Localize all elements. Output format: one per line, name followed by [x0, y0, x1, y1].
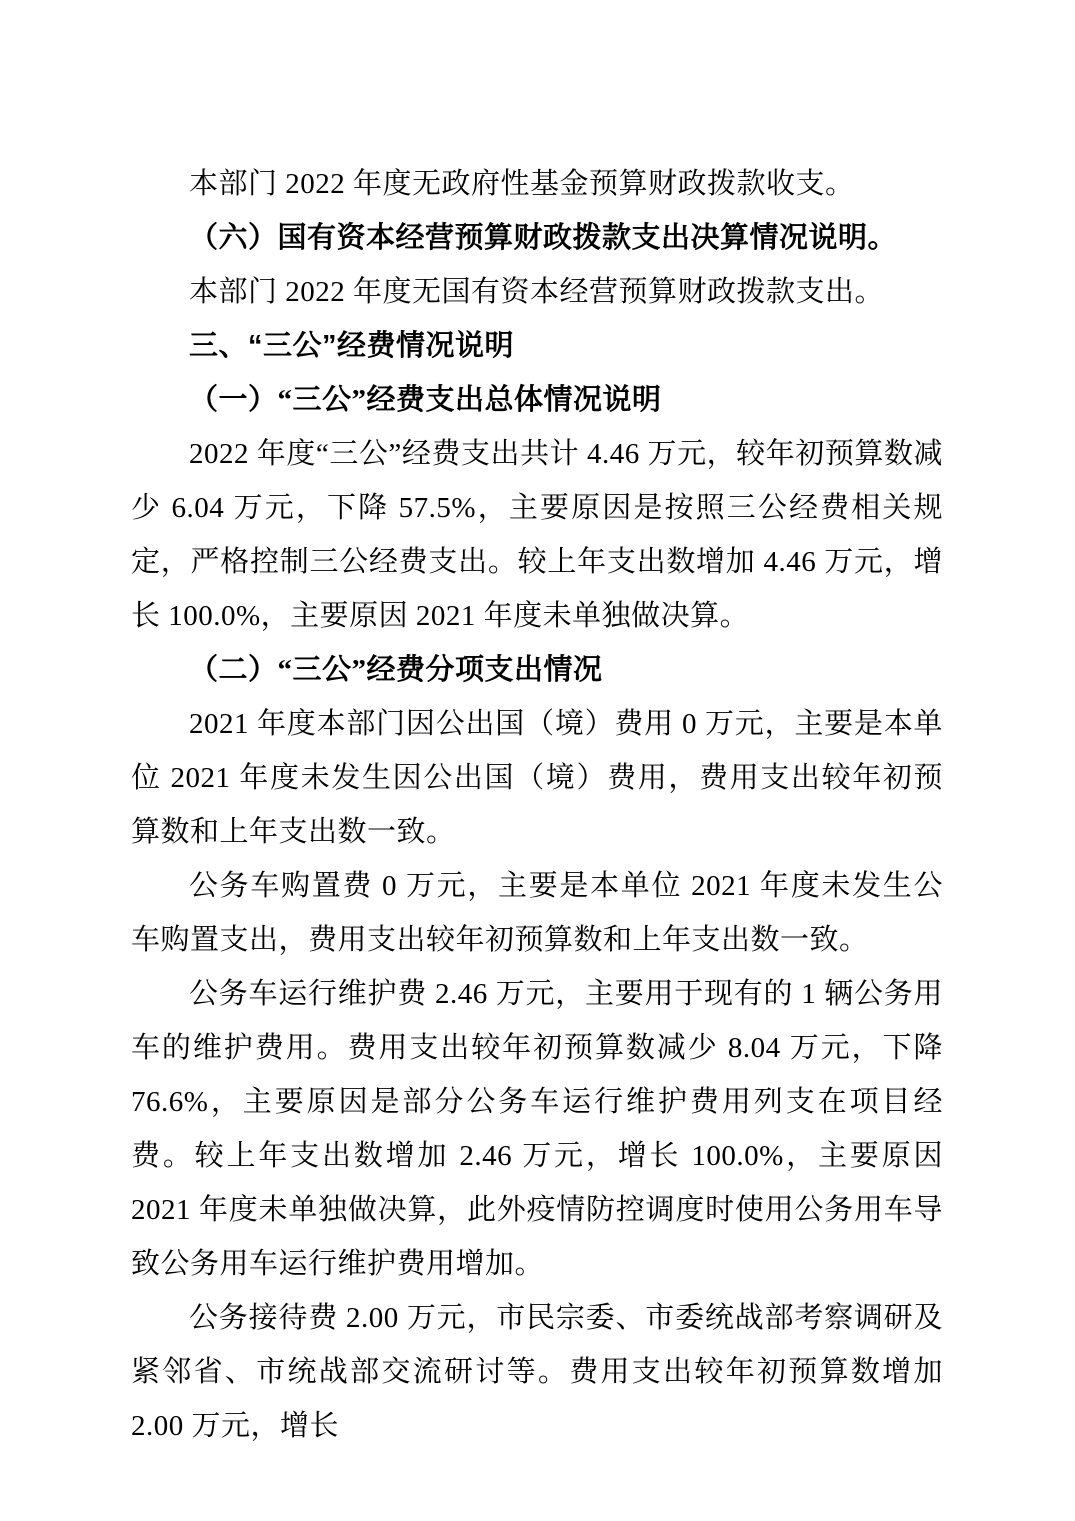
body-paragraph: 公务车购置费 0 万元，主要是本单位 2021 年度未发生公车购置支出，费用支出… — [131, 859, 943, 967]
body-paragraph: 本部门 2022 年度无政府性基金预算财政拨款收支。 — [131, 157, 943, 211]
sub-heading: （一）“三公”经费支出总体情况说明 — [131, 373, 943, 427]
body-paragraph: 公务车运行维护费 2.46 万元，主要用于现有的 1 辆公务用车的维护费用。费用… — [131, 967, 943, 1291]
body-paragraph: 2021 年度本部门因公出国（境）费用 0 万元，主要是本单位 2021 年度未… — [131, 697, 943, 859]
body-paragraph: 2022 年度“三公”经费支出共计 4.46 万元，较年初预算数减少 6.04 … — [131, 427, 943, 643]
sub-heading: （六）国有资本经营预算财政拨款支出决算情况说明。 — [131, 211, 943, 265]
document-page: 本部门 2022 年度无政府性基金预算财政拨款收支。（六）国有资本经营预算财政拨… — [0, 0, 1075, 1521]
document-content: 本部门 2022 年度无政府性基金预算财政拨款收支。（六）国有资本经营预算财政拨… — [131, 157, 943, 1453]
body-paragraph: 本部门 2022 年度无国有资本经营预算财政拨款支出。 — [131, 265, 943, 319]
section-heading: 三、“三公”经费情况说明 — [131, 319, 943, 373]
sub-heading: （二）“三公”经费分项支出情况 — [131, 643, 943, 697]
body-paragraph: 公务接待费 2.00 万元，市民宗委、市委统战部考察调研及紧邻省、市统战部交流研… — [131, 1291, 943, 1453]
